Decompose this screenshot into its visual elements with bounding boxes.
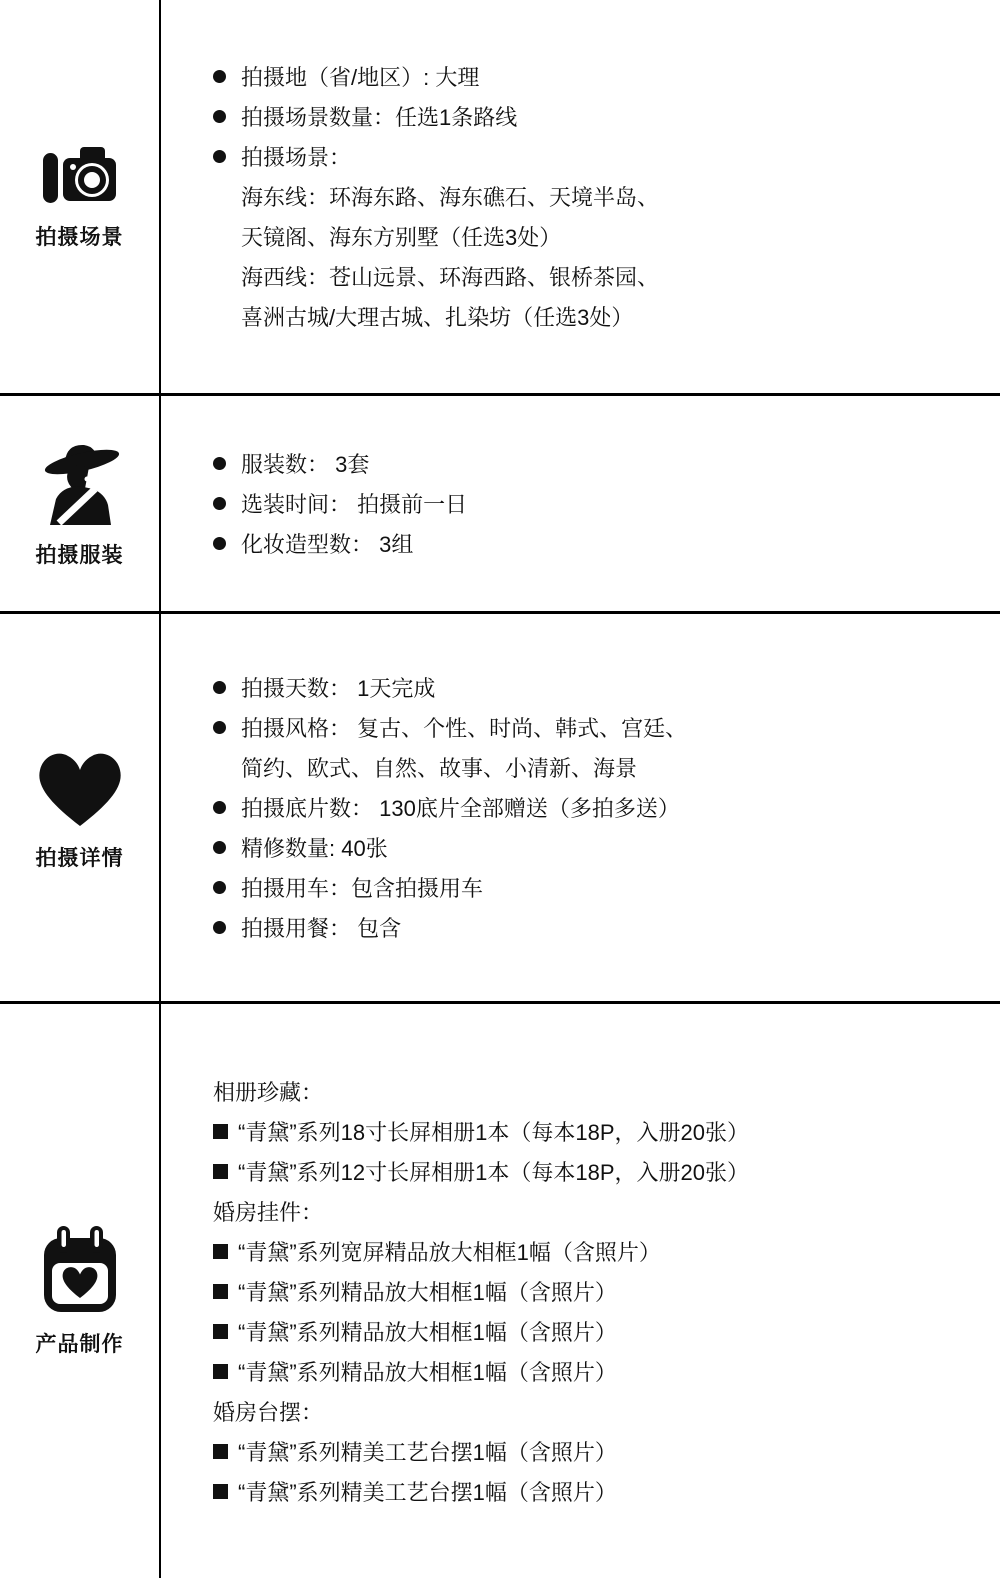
- list-item: “青黛”系列精美工艺台摆1幅（含照片）: [213, 1471, 980, 1511]
- bullet-square-icon: [213, 1324, 228, 1339]
- list-item-text: 婚房挂件：: [213, 1196, 323, 1227]
- list-item: 相册珍藏：: [213, 1071, 980, 1111]
- list-item: “青黛”系列精品放大相框1幅（含照片）: [213, 1271, 980, 1311]
- section-shooting-clothing-content: 服装数： 3套选装时间： 拍摄前一日化妆造型数： 3组: [161, 396, 1000, 611]
- section-shooting-scene-header: 拍摄场景: [0, 0, 161, 393]
- list-item-text: “青黛”系列精品放大相框1幅（含照片）: [238, 1316, 617, 1347]
- list-item-text: 天镜阁、海东方别墅（任选3处）: [241, 221, 561, 252]
- bullet-dot-icon: [213, 110, 226, 123]
- section-shooting-scene-content: 拍摄地（省/地区）: 大理拍摄场景数量：任选1条路线拍摄场景：海东线：环海东路、…: [161, 0, 1000, 393]
- bullet-square-icon: [213, 1164, 228, 1179]
- list-item: 服装数： 3套: [213, 444, 980, 484]
- list-item-text: 拍摄用餐： 包含: [241, 912, 401, 943]
- list-item-text: 拍摄地（省/地区）: 大理: [241, 61, 479, 92]
- indent-spacer: [213, 316, 241, 317]
- list-item-text: 拍摄场景：: [241, 141, 351, 172]
- indent-spacer: [213, 767, 241, 768]
- bullet-square-icon: [213, 1364, 228, 1379]
- section-shooting-details-header: 拍摄详情: [0, 614, 161, 1001]
- list-item-text: 精修数量: 40张: [241, 832, 388, 863]
- list-item: “青黛”系列精品放大相框1幅（含照片）: [213, 1311, 980, 1351]
- section-label: 拍摄详情: [36, 842, 124, 872]
- list-item-text: “青黛”系列18寸长屏相册1本（每本18P，入册20张）: [238, 1116, 749, 1147]
- list-item-text: 化妆造型数： 3组: [241, 528, 413, 559]
- bullet-dot-icon: [213, 841, 226, 854]
- list-item: 婚房台摆：: [213, 1391, 980, 1431]
- list-item-text: 喜洲古城/大理古城、扎染坊（任选3处）: [241, 301, 633, 332]
- list-item: 海东线：环海东路、海东礁石、天境半岛、: [213, 177, 980, 217]
- list-item-text: 拍摄底片数： 130底片全部赠送（多拍多送）: [241, 792, 680, 823]
- list-item: 喜洲古城/大理古城、扎染坊（任选3处）: [213, 297, 980, 337]
- list-item: 简约、欧式、自然、故事、小清新、海景: [213, 748, 980, 788]
- section-shooting-clothing-header: 拍摄服装: [0, 396, 161, 611]
- section-label: 拍摄场景: [36, 221, 124, 251]
- bullet-square-icon: [213, 1284, 228, 1299]
- bullet-dot-icon: [213, 921, 226, 934]
- bullet-square-icon: [213, 1444, 228, 1459]
- list-item: 海西线：苍山远景、环海西路、银桥茶园、: [213, 257, 980, 297]
- bullet-dot-icon: [213, 150, 226, 163]
- section-label: 产品制作: [36, 1328, 124, 1358]
- list-item: “青黛”系列18寸长屏相册1本（每本18P，入册20张）: [213, 1111, 980, 1151]
- bullet-dot-icon: [213, 881, 226, 894]
- product-detail-sheet: 拍摄场景 拍摄地（省/地区）: 大理拍摄场景数量：任选1条路线拍摄场景：海东线：…: [0, 0, 1000, 1578]
- heart-icon: [32, 744, 128, 828]
- list-item-text: 海东线：环海东路、海东礁石、天境半岛、: [241, 181, 659, 212]
- indent-spacer: [213, 236, 241, 237]
- section-shooting-details: 拍摄详情 拍摄天数： 1天完成拍摄风格： 复古、个性、时尚、韩式、宫廷、简约、欧…: [0, 614, 1000, 1004]
- section-product-making-content: 相册珍藏：“青黛”系列18寸长屏相册1本（每本18P，入册20张）“青黛”系列1…: [161, 1004, 1000, 1578]
- list-item: 精修数量: 40张: [213, 828, 980, 868]
- list-item-text: 拍摄场景数量：任选1条路线: [241, 101, 517, 132]
- indent-spacer: [213, 196, 241, 197]
- list-item: 拍摄用车：包含拍摄用车: [213, 868, 980, 908]
- list-item-text: “青黛”系列精品放大相框1幅（含照片）: [238, 1276, 617, 1307]
- bullet-square-icon: [213, 1244, 228, 1259]
- camera-icon: [42, 143, 118, 207]
- list-item: 拍摄地（省/地区）: 大理: [213, 57, 980, 97]
- bullet-dot-icon: [213, 801, 226, 814]
- bullet-dot-icon: [213, 537, 226, 550]
- bullet-dot-icon: [213, 721, 226, 734]
- calendar-heart-icon: [39, 1224, 121, 1314]
- list-item-text: “青黛”系列精品放大相框1幅（含照片）: [238, 1356, 617, 1387]
- section-shooting-clothing: 拍摄服装 服装数： 3套选装时间： 拍摄前一日化妆造型数： 3组: [0, 396, 1000, 614]
- list-item: 拍摄风格： 复古、个性、时尚、韩式、宫廷、: [213, 708, 980, 748]
- list-item-text: 服装数： 3套: [241, 448, 369, 479]
- list-item-text: “青黛”系列精美工艺台摆1幅（含照片）: [238, 1476, 617, 1507]
- section-product-making-header: 产品制作: [0, 1004, 161, 1578]
- list-item: 婚房挂件：: [213, 1191, 980, 1231]
- section-label: 拍摄服装: [36, 539, 124, 569]
- list-item-text: “青黛”系列精美工艺台摆1幅（含照片）: [238, 1436, 617, 1467]
- bullet-square-icon: [213, 1124, 228, 1139]
- bullet-dot-icon: [213, 457, 226, 470]
- list-item-text: 婚房台摆：: [213, 1396, 323, 1427]
- indent-spacer: [213, 276, 241, 277]
- list-item-text: 拍摄天数： 1天完成: [241, 672, 435, 703]
- list-item: 拍摄场景：: [213, 137, 980, 177]
- list-item-text: 拍摄风格： 复古、个性、时尚、韩式、宫廷、: [241, 712, 687, 743]
- list-item: 拍摄天数： 1天完成: [213, 668, 980, 708]
- list-item-text: 选装时间： 拍摄前一日: [241, 488, 467, 519]
- bullet-dot-icon: [213, 70, 226, 83]
- list-item: 拍摄底片数： 130底片全部赠送（多拍多送）: [213, 788, 980, 828]
- list-item-text: 海西线：苍山远景、环海西路、银桥茶园、: [241, 261, 659, 292]
- list-item-text: 相册珍藏：: [213, 1076, 323, 1107]
- bullet-dot-icon: [213, 681, 226, 694]
- list-item: “青黛”系列宽屏精品放大相框1幅（含照片）: [213, 1231, 980, 1271]
- list-item: 拍摄用餐： 包含: [213, 908, 980, 948]
- list-item: “青黛”系列12寸长屏相册1本（每本18P，入册20张）: [213, 1151, 980, 1191]
- list-item-text: 简约、欧式、自然、故事、小清新、海景: [241, 752, 637, 783]
- list-item-text: “青黛”系列宽屏精品放大相框1幅（含照片）: [238, 1236, 661, 1267]
- bullet-dot-icon: [213, 497, 226, 510]
- list-item: 天镜阁、海东方别墅（任选3处）: [213, 217, 980, 257]
- section-shooting-details-content: 拍摄天数： 1天完成拍摄风格： 复古、个性、时尚、韩式、宫廷、简约、欧式、自然、…: [161, 614, 1000, 1001]
- list-item-text: “青黛”系列12寸长屏相册1本（每本18P，入册20张）: [238, 1156, 749, 1187]
- section-shooting-scene: 拍摄场景 拍摄地（省/地区）: 大理拍摄场景数量：任选1条路线拍摄场景：海东线：…: [0, 0, 1000, 396]
- list-item-text: 拍摄用车：包含拍摄用车: [241, 872, 483, 903]
- list-item: “青黛”系列精品放大相框1幅（含照片）: [213, 1351, 980, 1391]
- section-product-making: 产品制作 相册珍藏：“青黛”系列18寸长屏相册1本（每本18P，入册20张）“青…: [0, 1004, 1000, 1578]
- bullet-square-icon: [213, 1484, 228, 1499]
- woman-hat-icon: [34, 439, 126, 525]
- list-item: “青黛”系列精美工艺台摆1幅（含照片）: [213, 1431, 980, 1471]
- list-item: 拍摄场景数量：任选1条路线: [213, 97, 980, 137]
- list-item: 选装时间： 拍摄前一日: [213, 484, 980, 524]
- list-item: 化妆造型数： 3组: [213, 524, 980, 564]
